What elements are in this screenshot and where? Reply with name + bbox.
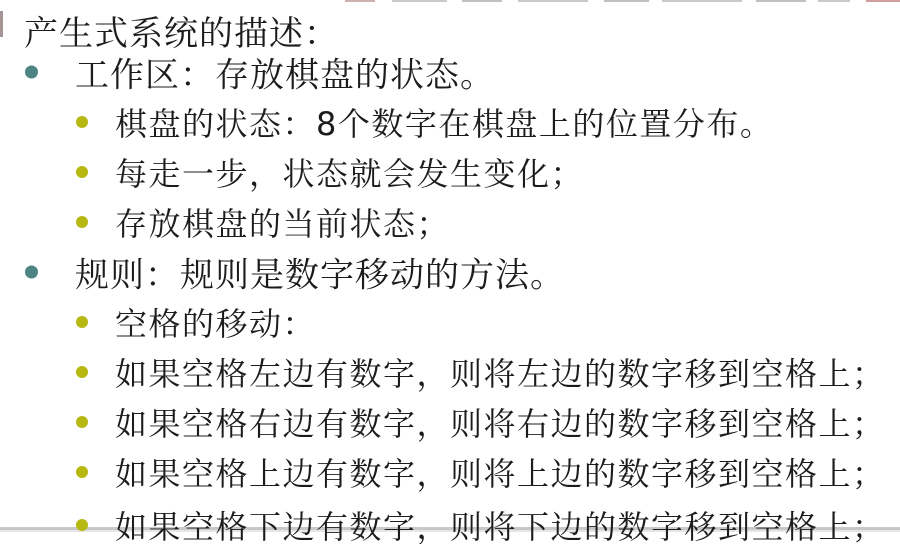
level2-bullet-dot-icon [76,466,88,478]
bullet-item: 如果空格左边有数字，则将左边的数字移到空格上； [0,352,900,392]
level2-bullet-dot-icon [76,519,88,531]
bullet-text: 如果空格左边有数字，则将左边的数字移到空格上； [115,349,886,395]
bullet-text: 空格的移动： [115,299,316,345]
level2-bullet-dot-icon [76,216,88,228]
slide-canvas: 产生式系统的描述： 工作区：存放棋盘的状态。棋盘的状态：8个数字在棋盘上的位置分… [0,0,900,544]
bullet-item: 棋盘的状态：8个数字在棋盘上的位置分布。 [0,102,900,142]
bullet-item: 空格的移动： [0,302,900,342]
bullet-text: 规则：规则是数字移动的方法。 [75,248,565,297]
bullet-item: 规则：规则是数字移动的方法。 [0,252,900,292]
bullet-text: 如果空格右边有数字，则将右边的数字移到空格上； [115,399,886,445]
bullet-item: 每走一步，状态就会发生变化； [0,152,900,192]
bullet-item: 如果空格下边有数字，则将下边的数字移到空格上； [0,505,900,544]
level1-bullet-dot-icon [25,266,38,279]
level2-bullet-dot-icon [76,366,88,378]
level1-bullet-dot-icon [25,66,38,79]
level2-bullet-dot-icon [76,316,88,328]
bullet-text: 每走一步，状态就会发生变化； [115,149,584,195]
bullet-text: 如果空格下边有数字，则将下边的数字移到空格上； [115,502,886,544]
level2-bullet-dot-icon [76,416,88,428]
level2-bullet-dot-icon [76,166,88,178]
bullet-text: 存放棋盘的当前状态； [115,199,450,245]
bullet-text: 如果空格上边有数字，则将上边的数字移到空格上； [115,449,886,495]
bullet-text: 工作区：存放棋盘的状态。 [75,48,495,97]
bullet-item: 如果空格右边有数字，则将右边的数字移到空格上； [0,402,900,442]
left-edge-artifact [0,11,3,37]
bullet-item: 存放棋盘的当前状态； [0,202,900,242]
bullet-item: 如果空格上边有数字，则将上边的数字移到空格上； [0,452,900,492]
level2-bullet-dot-icon [76,116,88,128]
bullet-text: 棋盘的状态：8个数字在棋盘上的位置分布。 [115,99,773,145]
bullet-item: 工作区：存放棋盘的状态。 [0,52,900,92]
